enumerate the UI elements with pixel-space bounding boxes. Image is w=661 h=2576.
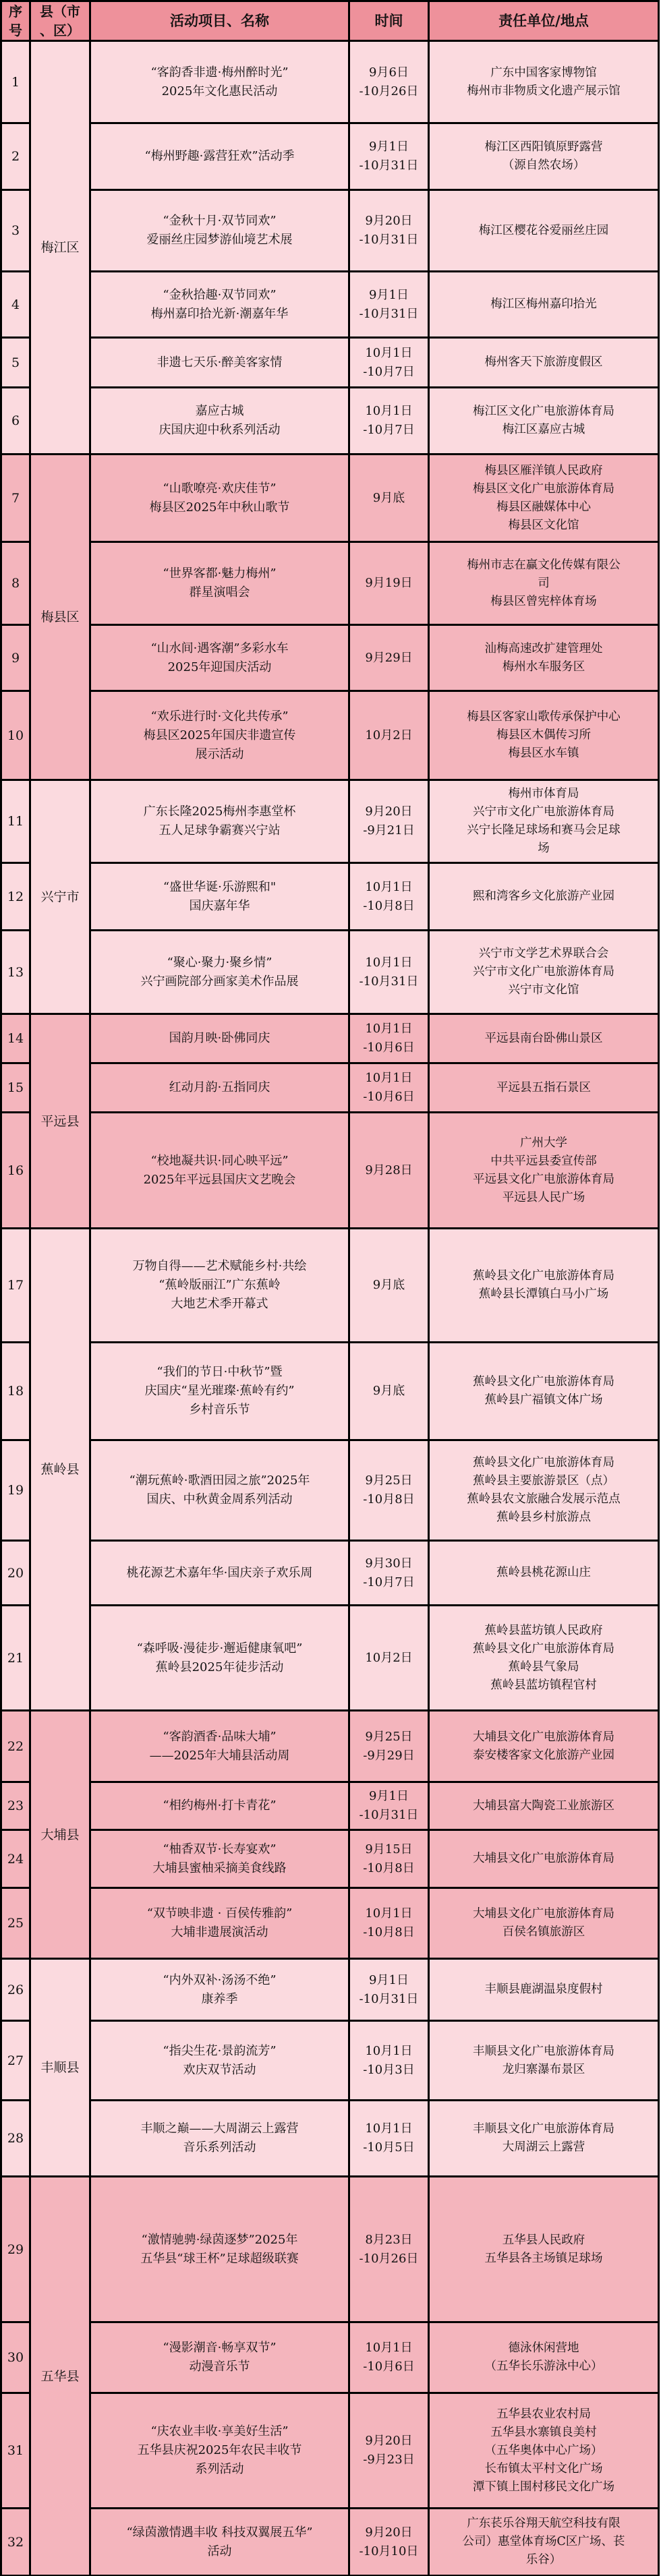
activity-cell: 广东长隆2025梅州李惠堂杯 五人足球争霸赛兴宁站 — [90, 780, 349, 863]
org-cell: 蕉岭县文化广电旅游体育局 蕉岭县广福镇文体广场 — [429, 1343, 659, 1440]
header-county: 县（市 、区） — [30, 1, 90, 41]
row-number: 19 — [1, 1440, 30, 1541]
table-row: 17 蕉岭县 万物自得——艺术赋能乡村·共绘 “蕉岭版丽江”广东蕉岭 大地艺术季… — [1, 1229, 659, 1343]
time-cell: 10月1日 -10月3日 — [349, 2021, 429, 2101]
row-number: 28 — [1, 2101, 30, 2177]
activity-cell: “金秋十月·双节同欢” 爱丽丝庄园梦游仙境艺术展 — [90, 190, 349, 272]
table-row: 24 “柚香双节·长寿宴欢” 大埔县蜜柚采摘美食线路 9月15日 -10月8日 … — [1, 1830, 659, 1888]
org-cell: 汕梅高速改扩建管理处 梅州水车服务区 — [429, 625, 659, 691]
org-cell: 大埔县文化广电旅游体育局 — [429, 1830, 659, 1888]
org-cell: 大埔县文化广电旅游体育局 泰安楼客家文化旅游产业园 — [429, 1711, 659, 1782]
time-cell: 9月1日 -10月31日 — [349, 123, 429, 190]
row-number: 8 — [1, 542, 30, 625]
time-cell: 10月2日 — [349, 691, 429, 780]
activity-cell: “激情驰骋·绿茵逐梦”2025年 五华县“球王杯”足球超级联赛 — [90, 2177, 349, 2322]
table-row: 22 大埔县 “客韵酒香·品味大埔” ——2025年大埔县活动周 9月25日 -… — [1, 1711, 659, 1782]
org-cell: 熙和湾客乡文化旅游产业园 — [429, 863, 659, 931]
table-row: 5 非遗七天乐·醉美客家情 10月1日 -10月7日 梅州客天下旅游度假区 — [1, 338, 659, 388]
activity-cell: “庆农业丰收·享美好生活” 五华县庆祝2025年农民丰收节 系列活动 — [90, 2393, 349, 2509]
activity-cell: “森呼吸·漫徒步·邂逅健康氧吧” 蕉岭县2025年徒步活动 — [90, 1606, 349, 1711]
time-cell: 9月6日 -10月26日 — [349, 41, 429, 123]
row-number: 20 — [1, 1541, 30, 1606]
activity-cell: “盛世华诞·乐游熙和" 国庆嘉年华 — [90, 863, 349, 931]
table-row: 30 “漫影潮音·畅享双节” 动漫音乐节 10月1日 -10月6日 德泳休闲营地… — [1, 2322, 659, 2393]
county-cell: 梅县区 — [30, 455, 90, 780]
time-cell: 9月15日 -10月8日 — [349, 1830, 429, 1888]
table-row: 1 梅江区 “客韵香非遗·梅州醉时光” 2025年文化惠民活动 9月6日 -10… — [1, 41, 659, 123]
activity-cell: “梅州野趣·露营狂欢”活动季 — [90, 123, 349, 190]
time-cell: 9月20日 -9月21日 — [349, 780, 429, 863]
row-number: 27 — [1, 2021, 30, 2101]
row-number: 10 — [1, 691, 30, 780]
table-row: 7 梅县区 “山歌嘹亮·欢庆佳节” 梅县区2025年中秋山歌节 9月底 梅县区雁… — [1, 455, 659, 542]
time-cell: 9月28日 — [349, 1113, 429, 1229]
table-row: 8 “世界客都·魅力梅州” 群星演唱会 9月19日 梅州市志在赢文化传媒有限公 … — [1, 542, 659, 625]
time-cell: 9月20日 -9月23日 — [349, 2393, 429, 2509]
header-org: 责任单位/地点 — [429, 1, 659, 41]
row-number: 13 — [1, 931, 30, 1014]
org-cell: 梅江区西阳镇原野露营 （源自然农场） — [429, 123, 659, 190]
time-cell: 9月29日 — [349, 625, 429, 691]
table-header-row: 序 号 县（市 、区） 活动项目、名称 时间 责任单位/地点 — [1, 1, 659, 41]
row-number: 9 — [1, 625, 30, 691]
org-cell: 梅江区文化广电旅游体育局 梅江区嘉应古城 — [429, 388, 659, 455]
org-cell: 梅州客天下旅游度假区 — [429, 338, 659, 388]
activity-cell: 万物自得——艺术赋能乡村·共绘 “蕉岭版丽江”广东蕉岭 大地艺术季开幕式 — [90, 1229, 349, 1343]
table-row: 19 “潮玩蕉岭·歌酒田园之旅”2025年 国庆、中秋黄金周系列活动 9月25日… — [1, 1440, 659, 1541]
row-number: 16 — [1, 1113, 30, 1229]
activity-cell: “世界客都·魅力梅州” 群星演唱会 — [90, 542, 349, 625]
header-no: 序 号 — [1, 1, 30, 41]
row-number: 14 — [1, 1014, 30, 1063]
activity-cell: “金秋拾趣·双节同欢” 梅州嘉印拾光新·潮嘉年华 — [90, 272, 349, 338]
org-cell: 广东中国客家博物馆 梅州市非物质文化遗产展示馆 — [429, 41, 659, 123]
time-cell: 9月底 — [349, 455, 429, 542]
activity-cell: “我们的节日·中秋节”暨 庆国庆“星光璀璨·蕉岭有约” 乡村音乐节 — [90, 1343, 349, 1440]
table-row: 12 “盛世华诞·乐游熙和" 国庆嘉年华 10月1日 -10月8日 熙和湾客乡文… — [1, 863, 659, 931]
table-row: 28 丰顺之巅——大周湖云上露营 音乐系列活动 10月1日 -10月5日 丰顺县… — [1, 2101, 659, 2177]
row-number: 15 — [1, 1063, 30, 1113]
org-cell: 广东苌乐谷翔天航空科技有限 公司）惠堂体育场C区广场、苌 乐谷） — [429, 2509, 659, 2576]
org-cell: 广州大学 中共平远县委宣传部 平远县文化广电旅游体育局 平远县人民广场 — [429, 1113, 659, 1229]
row-number: 3 — [1, 190, 30, 272]
activity-cell: “指尖生花·景韵流芳” 欢庆双节活动 — [90, 2021, 349, 2101]
activity-cell: “双节映非遗 · 百侯传雅韵” 大埔非遗展演活动 — [90, 1888, 349, 1959]
header-time: 时间 — [349, 1, 429, 41]
activity-cell: “相约梅州·打卡青花” — [90, 1782, 349, 1830]
table-row: 23 “相约梅州·打卡青花” 9月1日 -10月31日 大埔县富大陶瓷工业旅游区 — [1, 1782, 659, 1830]
activity-cell: “客韵酒香·品味大埔” ——2025年大埔县活动周 — [90, 1711, 349, 1782]
row-number: 23 — [1, 1782, 30, 1830]
activity-cell: “聚心·聚力·聚乡情” 兴宁画院部分画家美术作品展 — [90, 931, 349, 1014]
activity-cell: 嘉应古城 庆国庆迎中秋系列活动 — [90, 388, 349, 455]
table-row: 27 “指尖生花·景韵流芳” 欢庆双节活动 10月1日 -10月3日 丰顺县文化… — [1, 2021, 659, 2101]
table-row: 11 兴宁市 广东长隆2025梅州李惠堂杯 五人足球争霸赛兴宁站 9月20日 -… — [1, 780, 659, 863]
time-cell: 10月1日 -10月6日 — [349, 1063, 429, 1113]
time-cell: 8月23日 -10月26日 — [349, 2177, 429, 2322]
table-row: 26 丰顺县 “内外双补·汤汤不绝” 康养季 9月1日 -10月31日 丰顺县鹿… — [1, 1959, 659, 2021]
table-row: 18 “我们的节日·中秋节”暨 庆国庆“星光璀璨·蕉岭有约” 乡村音乐节 9月底… — [1, 1343, 659, 1440]
activity-cell: “内外双补·汤汤不绝” 康养季 — [90, 1959, 349, 2021]
row-number: 6 — [1, 388, 30, 455]
row-number: 4 — [1, 272, 30, 338]
table-row: 10 “欢乐进行时·文化共传承” 梅县区2025年国庆非遗宣传 展示活动 10月… — [1, 691, 659, 780]
table-row: 21 “森呼吸·漫徒步·邂逅健康氧吧” 蕉岭县2025年徒步活动 10月2日 蕉… — [1, 1606, 659, 1711]
time-cell: 9月19日 — [349, 542, 429, 625]
org-cell: 丰顺县文化广电旅游体育局 大周湖云上露营 — [429, 2101, 659, 2177]
activity-cell: 非遗七天乐·醉美客家情 — [90, 338, 349, 388]
activity-cell: 国韵月映·卧佛同庆 — [90, 1014, 349, 1063]
org-cell: 五华县人民政府 五华县各主场镇足球场 — [429, 2177, 659, 2322]
time-cell: 10月1日 -10月6日 — [349, 2322, 429, 2393]
row-number: 24 — [1, 1830, 30, 1888]
row-number: 18 — [1, 1343, 30, 1440]
row-number: 22 — [1, 1711, 30, 1782]
table-row: 29 五华县 “激情驰骋·绿茵逐梦”2025年 五华县“球王杯”足球超级联赛 8… — [1, 2177, 659, 2322]
row-number: 11 — [1, 780, 30, 863]
time-cell: 9月25日 -10月8日 — [349, 1440, 429, 1541]
org-cell: 蕉岭县文化广电旅游体育局 蕉岭县主要旅游景区（点） 蕉岭县农文旅融合发展示范点 … — [429, 1440, 659, 1541]
row-number: 12 — [1, 863, 30, 931]
table-row: 2 “梅州野趣·露营狂欢”活动季 9月1日 -10月31日 梅江区西阳镇原野露营… — [1, 123, 659, 190]
activity-cell: “客韵香非遗·梅州醉时光” 2025年文化惠民活动 — [90, 41, 349, 123]
table-row: 14 平远县 国韵月映·卧佛同庆 10月1日 -10月6日 平远县南台卧佛山景区 — [1, 1014, 659, 1063]
county-cell: 平远县 — [30, 1014, 90, 1229]
county-cell: 蕉岭县 — [30, 1229, 90, 1711]
time-cell: 10月1日 -10月31日 — [349, 931, 429, 1014]
time-cell: 9月1日 -10月31日 — [349, 272, 429, 338]
time-cell: 9月20日 -10月31日 — [349, 190, 429, 272]
time-cell: 10月1日 -10月7日 — [349, 388, 429, 455]
org-cell: 五华县农业农村局 五华县水寨镇良美村 （五华奥体中心广场） 长布镇太平村文化广场… — [429, 2393, 659, 2509]
org-cell: 大埔县富大陶瓷工业旅游区 — [429, 1782, 659, 1830]
table-row: 3 “金秋十月·双节同欢” 爱丽丝庄园梦游仙境艺术展 9月20日 -10月31日… — [1, 190, 659, 272]
row-number: 1 — [1, 41, 30, 123]
time-cell: 10月2日 — [349, 1606, 429, 1711]
org-cell: 蕉岭县蓝坊镇人民政府 蕉岭县文化广电旅游体育局 蕉岭县气象局 蕉岭县蓝坊镇程官村 — [429, 1606, 659, 1711]
org-cell: 梅州市志在赢文化传媒有限公 司 梅县区曾宪梓体育场 — [429, 542, 659, 625]
org-cell: 兴宁市文学艺术界联合会 兴宁市文化广电旅游体育局 兴宁市文化馆 — [429, 931, 659, 1014]
org-cell: 平远县南台卧佛山景区 — [429, 1014, 659, 1063]
time-cell: 10月1日 -10月8日 — [349, 1888, 429, 1959]
activity-cell: “漫影潮音·畅享双节” 动漫音乐节 — [90, 2322, 349, 2393]
table-row: 25 “双节映非遗 · 百侯传雅韵” 大埔非遗展演活动 10月1日 -10月8日… — [1, 1888, 659, 1959]
time-cell: 9月20日 -10月10日 — [349, 2509, 429, 2576]
county-cell: 梅江区 — [30, 41, 90, 455]
org-cell: 梅县区雁洋镇人民政府 梅县区文化广电旅游体育局 梅县区融媒体中心 梅县区文化馆 — [429, 455, 659, 542]
table-row: 16 “校地凝共识·同心映平远” 2025年平远县国庆文艺晚会 9月28日 广州… — [1, 1113, 659, 1229]
activity-cell: “柚香双节·长寿宴欢” 大埔县蜜柚采摘美食线路 — [90, 1830, 349, 1888]
row-number: 31 — [1, 2393, 30, 2509]
time-cell: 9月25日 -9月29日 — [349, 1711, 429, 1782]
row-number: 2 — [1, 123, 30, 190]
row-number: 26 — [1, 1959, 30, 2021]
activity-cell: 桃花源艺术嘉年华·国庆亲子欢乐周 — [90, 1541, 349, 1606]
table-row: 13 “聚心·聚力·聚乡情” 兴宁画院部分画家美术作品展 10月1日 -10月3… — [1, 931, 659, 1014]
county-cell: 兴宁市 — [30, 780, 90, 1014]
org-cell: 丰顺县文化广电旅游体育局 龙归寨瀑布景区 — [429, 2021, 659, 2101]
org-cell: 蕉岭县桃花源山庄 — [429, 1541, 659, 1606]
org-cell: 德泳休闲营地 （五华长乐游泳中心） — [429, 2322, 659, 2393]
org-cell: 梅县区客家山歌传承保护中心 梅县区木偶传习所 梅县区水车镇 — [429, 691, 659, 780]
activity-cell: “潮玩蕉岭·歌酒田园之旅”2025年 国庆、中秋黄金周系列活动 — [90, 1440, 349, 1541]
time-cell: 10月1日 -10月8日 — [349, 863, 429, 931]
org-cell: 梅江区梅州嘉印拾光 — [429, 272, 659, 338]
activity-cell: “山歌嘹亮·欢庆佳节” 梅县区2025年中秋山歌节 — [90, 455, 349, 542]
activity-cell: “校地凝共识·同心映平远” 2025年平远县国庆文艺晚会 — [90, 1113, 349, 1229]
table-row: 6 嘉应古城 庆国庆迎中秋系列活动 10月1日 -10月7日 梅江区文化广电旅游… — [1, 388, 659, 455]
activity-cell: 丰顺之巅——大周湖云上露营 音乐系列活动 — [90, 2101, 349, 2177]
row-number: 30 — [1, 2322, 30, 2393]
activity-cell: “绿茵激情遇丰收 科技双翼展五华” 活动 — [90, 2509, 349, 2576]
row-number: 29 — [1, 2177, 30, 2322]
activity-cell: “山水间·遇客潮”多彩水车 2025年迎国庆活动 — [90, 625, 349, 691]
header-activity: 活动项目、名称 — [90, 1, 349, 41]
time-cell: 9月1日 -10月31日 — [349, 1959, 429, 2021]
table-row: 4 “金秋拾趣·双节同欢” 梅州嘉印拾光新·潮嘉年华 9月1日 -10月31日 … — [1, 272, 659, 338]
time-cell: 9月1日 -10月31日 — [349, 1782, 429, 1830]
row-number: 25 — [1, 1888, 30, 1959]
org-cell: 大埔县文化广电旅游体育局 百侯名镇旅游区 — [429, 1888, 659, 1959]
activity-schedule-table: 序 号 县（市 、区） 活动项目、名称 时间 责任单位/地点 1 梅江区 “客韵… — [0, 0, 660, 2576]
table-row: 15 红动月韵·五指同庆 10月1日 -10月6日 平远县五指石景区 — [1, 1063, 659, 1113]
county-cell: 丰顺县 — [30, 1959, 90, 2177]
org-cell: 平远县五指石景区 — [429, 1063, 659, 1113]
org-cell: 梅州市体育局 兴宁市文化广电旅游体育局 兴宁长隆足球场和赛马会足球 场 — [429, 780, 659, 863]
table-row: 31 “庆农业丰收·享美好生活” 五华县庆祝2025年农民丰收节 系列活动 9月… — [1, 2393, 659, 2509]
time-cell: 10月1日 -10月5日 — [349, 2101, 429, 2177]
activity-cell: “欢乐进行时·文化共传承” 梅县区2025年国庆非遗宣传 展示活动 — [90, 691, 349, 780]
row-number: 32 — [1, 2509, 30, 2576]
table-row: 9 “山水间·遇客潮”多彩水车 2025年迎国庆活动 9月29日 汕梅高速改扩建… — [1, 625, 659, 691]
row-number: 21 — [1, 1606, 30, 1711]
row-number: 7 — [1, 455, 30, 542]
time-cell: 10月1日 -10月6日 — [349, 1014, 429, 1063]
activity-cell: 红动月韵·五指同庆 — [90, 1063, 349, 1113]
table-row: 32 “绿茵激情遇丰收 科技双翼展五华” 活动 9月20日 -10月10日 广东… — [1, 2509, 659, 2576]
time-cell: 9月底 — [349, 1343, 429, 1440]
time-cell: 9月30日 -10月7日 — [349, 1541, 429, 1606]
time-cell: 10月1日 -10月7日 — [349, 338, 429, 388]
time-cell: 9月底 — [349, 1229, 429, 1343]
org-cell: 梅江区樱花谷爱丽丝庄园 — [429, 190, 659, 272]
county-cell: 大埔县 — [30, 1711, 90, 1959]
org-cell: 蕉岭县文化广电旅游体育局 蕉岭县长潭镇白马小广场 — [429, 1229, 659, 1343]
county-cell: 五华县 — [30, 2177, 90, 2576]
row-number: 5 — [1, 338, 30, 388]
table-row: 20 桃花源艺术嘉年华·国庆亲子欢乐周 9月30日 -10月7日 蕉岭县桃花源山… — [1, 1541, 659, 1606]
row-number: 17 — [1, 1229, 30, 1343]
org-cell: 丰顺县鹿湖温泉度假村 — [429, 1959, 659, 2021]
